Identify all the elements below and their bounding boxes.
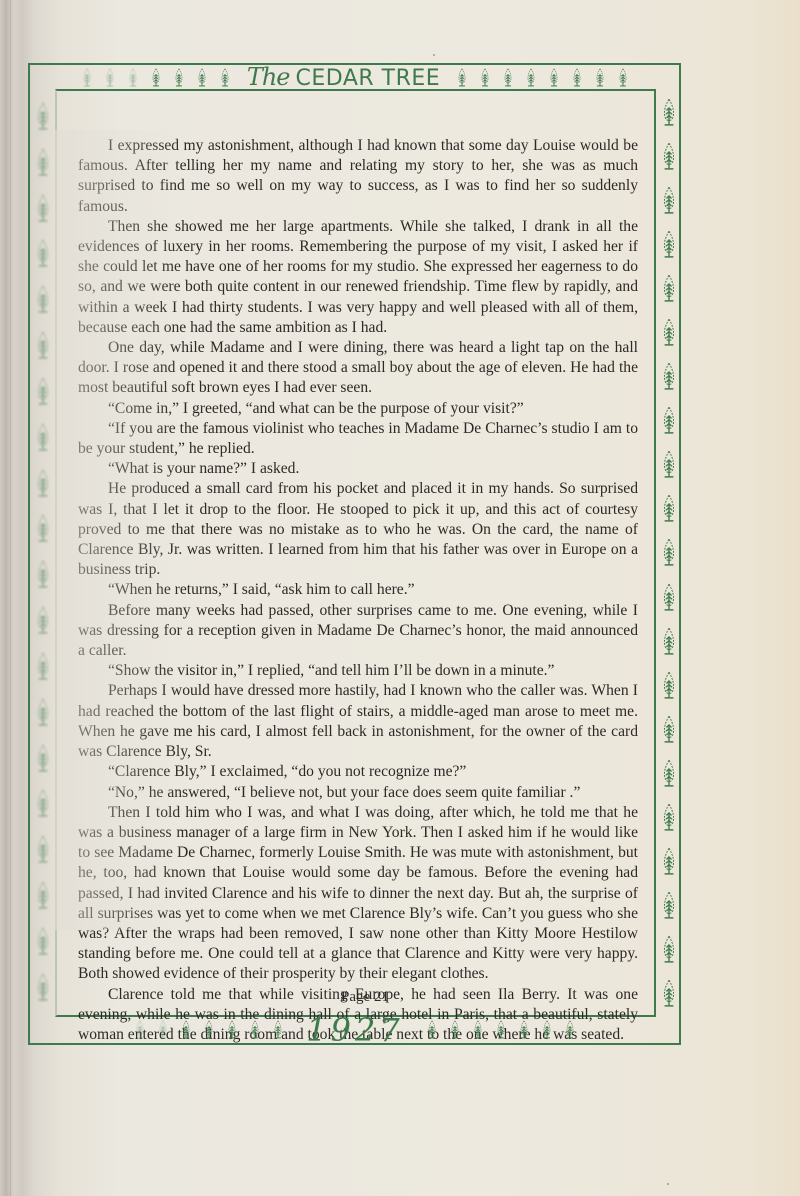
cedar-tree-icon — [79, 68, 95, 88]
cedar-tree-icon — [247, 1020, 263, 1040]
cedar-tree-icon — [615, 68, 631, 88]
cedar-tree-icon — [224, 1020, 240, 1040]
cedar-tree-icon — [659, 801, 679, 835]
cedar-tree-icon — [659, 96, 679, 130]
cedar-tree-icon — [33, 742, 53, 776]
cedar-tree-icon — [659, 360, 679, 394]
cedar-tree-icon — [33, 833, 53, 867]
masthead-the: The — [247, 63, 290, 91]
header-trees-right — [454, 68, 631, 88]
cedar-tree-icon — [33, 237, 53, 271]
paper-speck — [433, 54, 435, 56]
cedar-tree-icon — [659, 845, 679, 879]
cedar-tree-icon — [500, 68, 516, 88]
masthead-title: TheCEDAR TREE — [247, 64, 440, 92]
cedar-tree-icon — [424, 1020, 440, 1040]
cedar-tree-icon — [477, 68, 493, 88]
cedar-tree-icon — [102, 68, 118, 88]
cedar-tree-icon — [562, 1020, 578, 1040]
cedar-tree-icon — [659, 625, 679, 659]
cedar-tree-icon — [659, 977, 679, 1011]
masthead-banner: TheCEDAR TREE — [30, 65, 680, 91]
cedar-tree-icon — [33, 696, 53, 730]
cedar-tree-icon — [33, 100, 53, 134]
cedar-tree-icon — [148, 68, 164, 88]
cedar-tree-icon — [659, 536, 679, 570]
cedar-tree-icon — [194, 68, 210, 88]
cedar-tree-icon — [659, 272, 679, 306]
paragraph: “What is your name?” I asked. — [78, 459, 638, 479]
cedar-tree-icon — [201, 1020, 217, 1040]
year-label: 1927 — [306, 1016, 403, 1044]
cedar-tree-icon — [659, 184, 679, 218]
cedar-tree-icon — [493, 1020, 509, 1040]
page-number: Page 21 — [300, 989, 430, 1006]
paragraph: “When he returns,” I said, “ask him to c… — [78, 580, 638, 600]
paragraph: Then she showed me her large apartments.… — [78, 217, 638, 338]
paragraph: Before many weeks had passed, other surp… — [78, 601, 638, 662]
cedar-tree-icon — [659, 492, 679, 526]
cedar-tree-icon — [659, 316, 679, 350]
cedar-tree-icon — [523, 68, 539, 88]
page-gutter — [10, 0, 11, 1196]
cedar-tree-icon — [270, 1020, 286, 1040]
paragraph: I expressed my astonishment, although I … — [78, 136, 638, 217]
cedar-tree-icon — [659, 669, 679, 703]
cedar-tree-icon — [33, 879, 53, 913]
cedar-tree-icon — [659, 404, 679, 438]
cedar-tree-icon — [125, 68, 141, 88]
header-trees-left — [79, 68, 233, 88]
footer-trees-right — [424, 1020, 578, 1040]
cedar-tree-icon — [659, 448, 679, 482]
cedar-tree-icon — [217, 68, 233, 88]
cedar-tree-icon — [592, 68, 608, 88]
cedar-tree-icon — [454, 68, 470, 88]
cedar-tree-icon — [33, 421, 53, 455]
cedar-tree-icon — [33, 558, 53, 592]
footer-trees-left — [132, 1020, 286, 1040]
cedar-tree-icon — [132, 1020, 148, 1040]
cedar-tree-icon — [33, 512, 53, 546]
cedar-tree-icon — [447, 1020, 463, 1040]
cedar-tree-icon — [659, 889, 679, 923]
story-text: I expressed my astonishment, although I … — [78, 136, 638, 1045]
cedar-tree-icon — [470, 1020, 486, 1040]
cedar-tree-icon — [178, 1020, 194, 1040]
cedar-tree-icon — [33, 329, 53, 363]
cedar-tree-icon — [33, 787, 53, 821]
paragraph: “Clarence Bly,” I exclaimed, “do you not… — [78, 762, 638, 782]
cedar-tree-icon — [659, 757, 679, 791]
paragraph: “Show the visitor in,” I replied, “and t… — [78, 661, 638, 681]
cedar-tree-icon — [659, 933, 679, 967]
cedar-tree-icon — [33, 604, 53, 638]
cedar-tree-icon — [659, 581, 679, 615]
cedar-tree-icon — [569, 68, 585, 88]
cedar-tree-icon — [33, 146, 53, 180]
cedar-tree-icon — [539, 1020, 555, 1040]
paragraph: Then I told him who I was, and what I wa… — [78, 803, 638, 985]
paragraph: He produced a small card from his pocket… — [78, 479, 638, 580]
paper-speck — [667, 1183, 669, 1185]
right-border-trees — [656, 96, 682, 1011]
cedar-tree-icon — [33, 467, 53, 501]
cedar-tree-icon — [659, 228, 679, 262]
cedar-tree-icon — [33, 283, 53, 317]
cedar-tree-icon — [33, 192, 53, 226]
cedar-tree-icon — [33, 925, 53, 959]
cedar-tree-icon — [33, 650, 53, 684]
footer-banner: 1927 — [30, 1017, 680, 1043]
paragraph: One day, while Madame and I were dining,… — [78, 338, 638, 399]
paragraph: “No,” he answered, “I believe not, but y… — [78, 783, 638, 803]
cedar-tree-icon — [33, 375, 53, 409]
cedar-tree-icon — [155, 1020, 171, 1040]
cedar-tree-icon — [659, 713, 679, 747]
paragraph: Perhaps I would have dressed more hastil… — [78, 681, 638, 762]
paper-speck — [455, 404, 457, 406]
left-border-trees — [30, 100, 56, 1005]
cedar-tree-icon — [546, 68, 562, 88]
cedar-tree-icon — [516, 1020, 532, 1040]
masthead-name: CEDAR TREE — [296, 66, 441, 91]
cedar-tree-icon — [659, 140, 679, 174]
cedar-tree-icon — [171, 68, 187, 88]
paragraph: “If you are the famous violinist who tea… — [78, 419, 638, 459]
paragraph: “Come in,” I greeted, “and what can be t… — [78, 399, 638, 419]
cedar-tree-icon — [33, 971, 53, 1005]
